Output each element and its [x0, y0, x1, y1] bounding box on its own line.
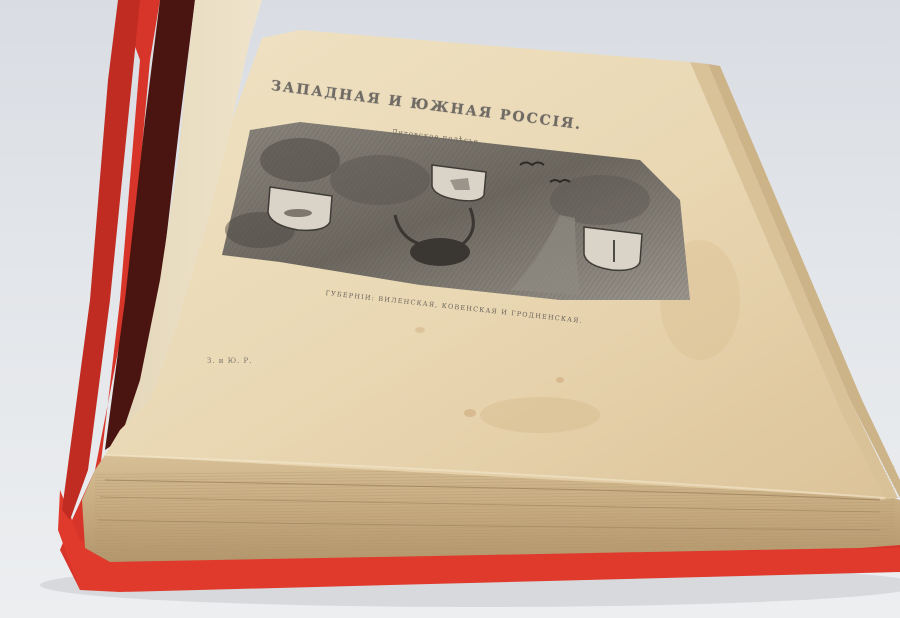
signature-mark: З. и Ю. Р. — [207, 357, 252, 365]
